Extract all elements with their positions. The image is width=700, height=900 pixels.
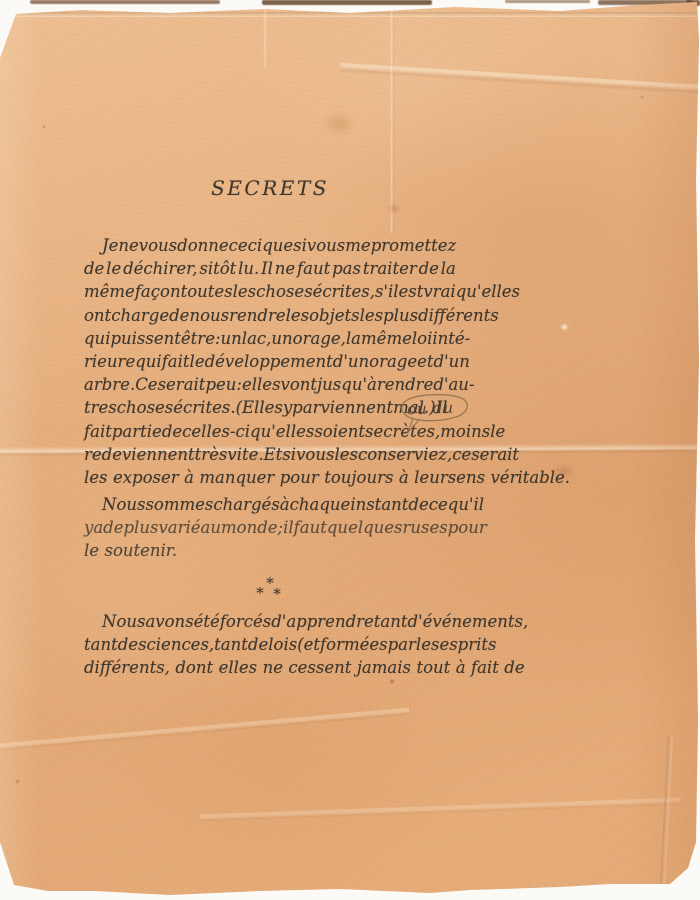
word: esprits [439,633,496,656]
word: quelques [327,516,403,539]
word: toutes [181,280,233,303]
word: de [504,656,524,679]
word: très [195,443,228,466]
text-line: ontchargedenousrendrelesobjetslesplusdif… [84,304,456,327]
asterism-separator: * * * [84,572,456,602]
word: loi [412,327,433,350]
word: pour [448,516,487,539]
word: vous [307,234,345,257]
ink-speck [15,779,20,784]
word: tout [416,656,450,679]
word: cessent [288,656,351,679]
word: dont [175,656,213,679]
word: conserviez, [358,443,452,466]
word: Nous [102,493,145,516]
word: ne [118,234,138,257]
word: plus [383,304,418,327]
word: choses [117,396,174,419]
word: de [84,257,104,280]
word: tant [374,610,408,633]
word: les [416,633,440,656]
torn-edge-bit [505,0,590,3]
text-line: deledéchirer,sitôtlu.Ilnefautpastraiterd… [84,257,456,280]
paragraph: Noussommeschargésàchaqueinstantdecequ'il… [84,493,456,563]
word: les [334,443,358,466]
paper-fleck [560,323,569,331]
word: exposer [113,466,179,489]
word: chaque [290,493,351,516]
word: fait [84,420,112,443]
word: ruses [403,516,448,539]
word: différents [418,304,499,327]
word: sciences, [138,633,214,656]
word: différents, [84,656,170,679]
document-title: SECRETS [84,176,456,200]
word: (et [297,633,320,656]
word: Il [436,396,448,419]
word: y [283,396,292,419]
word: qui [84,327,110,350]
text-line: redeviennenttrèsvite.Etsivouslesconservi… [84,443,456,466]
word: nous [189,304,229,327]
word: traiter [363,257,417,280]
word: qu'elles [250,420,314,443]
stain [553,464,575,479]
text-line: Nousavonsétéforcésd'apprendretantd'événe… [84,610,456,633]
fold-crease-top [0,12,700,17]
word: tant [214,633,248,656]
word: de [248,633,268,656]
word: d'un [434,350,470,373]
asterisk-glyph: * [266,574,274,592]
text-line: tantdesciences,tantdelois(etforméesparle… [84,633,456,656]
fold-crease-vertical [390,8,395,233]
fold-crease-bottom [0,708,410,753]
word: si [282,443,296,466]
word: vous [139,234,177,257]
word: la [441,257,456,280]
text-line: faitpartiedecelles-ciqu'ellessoientsecrè… [84,420,456,443]
fold-crease-vertical [263,8,267,68]
word: fait [471,656,499,679]
word: vont [281,373,318,396]
word: de [103,516,123,539]
word: vite. [227,443,263,466]
word: elles [242,373,281,396]
word: rendre [377,373,434,396]
word: véritable. [490,466,570,489]
word: les [360,304,384,327]
ink-speck [640,95,644,99]
word: faut [297,257,330,280]
word: ; [278,516,284,539]
word: puissent [110,327,180,350]
ink-speck [42,125,46,129]
text-line: arbre.Ceseraitpeu:ellesvontjusqu'àrendre… [84,373,456,396]
word: serait [158,373,206,396]
content-block: SECRETS Jenevousdonnececiquesivousmeprom… [84,176,456,679]
word: le [106,257,121,280]
torn-edge-bit [262,0,432,5]
word: à [280,493,290,516]
word: lois [268,633,297,656]
torn-edge-bit [30,0,220,4]
word: sitôt [199,257,236,280]
asterisk-glyph: * [256,584,264,602]
handwritten-annotation: ou du [407,397,478,420]
word: choses [256,280,313,303]
word: elles [219,656,258,679]
word: de [169,304,189,327]
word: chargés [213,493,279,516]
word: peu [205,373,236,396]
word: ne [263,656,283,679]
text-line: treschosesécrites.(Ellesyparviennentmal.… [84,396,456,419]
word: au [201,516,221,539]
word: pas [332,257,361,280]
word: forcés [220,610,271,633]
word: objets [309,304,359,327]
word: d'événements, [408,610,529,633]
word: fait [162,350,190,373]
word: d'un [333,350,369,373]
word: leursens [414,466,485,489]
word: et [417,350,433,373]
word: le [190,350,205,373]
word: faut [294,516,327,539]
word: les [233,280,257,303]
word: sommes [145,493,213,516]
word: il [283,516,294,539]
word: varié [158,516,200,539]
scanned-document: { "page": { "title": "SECRETS", "paragra… [0,0,700,900]
paragraph: Nousavonsétéforcésd'apprendretantd'événe… [84,610,456,680]
word: déchirer, [123,257,197,280]
word: à [184,466,194,489]
word: est [399,280,424,303]
word: à [456,656,466,679]
word: par [388,633,416,656]
word: développement [205,350,333,373]
word: Et [264,443,283,466]
word: même [84,280,135,303]
word: pour [280,466,319,489]
word: de [162,420,182,443]
word: manquer [199,466,274,489]
text-line: mêmefaçontoutesleschosesécrites,s'ilestv… [84,280,456,303]
document-body: Jenevousdonnececiquesivousmepromettezdel… [84,234,456,679]
ink-speck [389,679,395,684]
word: parviennent [292,396,393,419]
asterisk-glyph: * [273,585,281,603]
annotation-balloon-outline [0,0,700,900]
word: ce [452,443,471,466]
fold-crease-bottom [200,798,680,823]
word: arbre. [84,373,135,396]
word: Nous [102,610,145,633]
word: partie [112,420,162,443]
word: monde [221,516,278,539]
word: même [361,327,412,350]
word: écrites. [173,396,235,419]
paragraph: Jenevousdonnececiquesivousmepromettezdel… [84,234,456,489]
text-line: yadeplusvariéaumonde;ilfautquelquesruses… [84,516,456,539]
word: vous [296,443,334,466]
word: (Elles [236,396,283,419]
word: de [419,257,439,280]
word: : [236,373,242,396]
stain [387,203,402,214]
word: à [399,466,409,489]
word: plus [124,516,159,539]
word: écrites, [313,280,375,303]
paper-sheet: SECRETS Jenevousdonnececiquesivousmeprom… [0,0,700,900]
word: le [490,420,505,443]
word: rieure [84,350,135,373]
word: façon [135,280,181,303]
text-line: différents,dontellesnecessentjamaistoutà… [84,656,456,679]
word: y [84,516,93,539]
word: inté- [432,327,470,350]
word: ne [275,257,295,280]
text-line: Noussommeschargésàchaqueinstantdecequ'il [84,493,456,516]
word: un [271,327,292,350]
word: qu'il [448,493,484,516]
word: promettez [371,234,457,257]
word: ce [429,493,448,516]
stain [322,112,356,136]
word: que [262,234,293,257]
word: instant [350,493,408,516]
word: avons [145,610,193,633]
word: orage, [293,327,346,350]
word: celles-ci [182,420,250,443]
word: Je [102,234,118,257]
text-line: quipuissentêtre:unlac,unorage,lamêmeloii… [84,327,456,350]
word: de [118,633,138,656]
word: moins [440,420,490,443]
word: orage [369,350,417,373]
fold-crease-corner [660,735,673,885]
word: Il [261,257,273,280]
word: soient [314,420,365,443]
word: charge [111,304,169,327]
text-line: lesoutenir. [84,539,456,562]
word: : [215,327,221,350]
fold-crease-middle [0,443,700,457]
word: la [346,327,361,350]
word: tant [84,633,118,656]
word: lac, [242,327,272,350]
word: rendre [229,304,286,327]
word: d'apprendre [271,610,374,633]
word: donne [177,234,229,257]
word: de [408,493,428,516]
word: secrètes, [365,420,440,443]
word: jusqu'à [317,373,377,396]
word: mal.) [393,396,435,419]
word: a [93,516,103,539]
word: s'il [375,280,399,303]
word: serait [471,443,519,466]
word: un [221,327,242,350]
word: être [181,327,215,350]
word: été [194,610,220,633]
word: formées [320,633,388,656]
word: jamais [357,656,411,679]
word: les [84,466,108,489]
fold-crease-top-right [340,63,700,95]
word: qu'elles [456,280,520,303]
word: ceci [229,234,263,257]
text-line: Jenevousdonnececiquesivousmepromettez [84,234,456,257]
word: lu. [238,257,259,280]
word: toujours [324,466,393,489]
text-line: lesexposeràmanquerpourtoujoursàleursensv… [84,466,456,489]
word: qui [135,350,161,373]
word: si [293,234,307,257]
word: soutenir. [104,539,177,562]
word: d'au- [433,373,474,396]
word: ont [84,304,111,327]
word: redeviennent [84,443,195,466]
word: me [345,234,370,257]
word: les [286,304,310,327]
word: tres [84,396,117,419]
word: Ce [135,373,157,396]
text-line: rieurequifaitledéveloppementd'unorageetd… [84,350,456,373]
word: le [84,539,99,562]
word: vrai [423,280,455,303]
